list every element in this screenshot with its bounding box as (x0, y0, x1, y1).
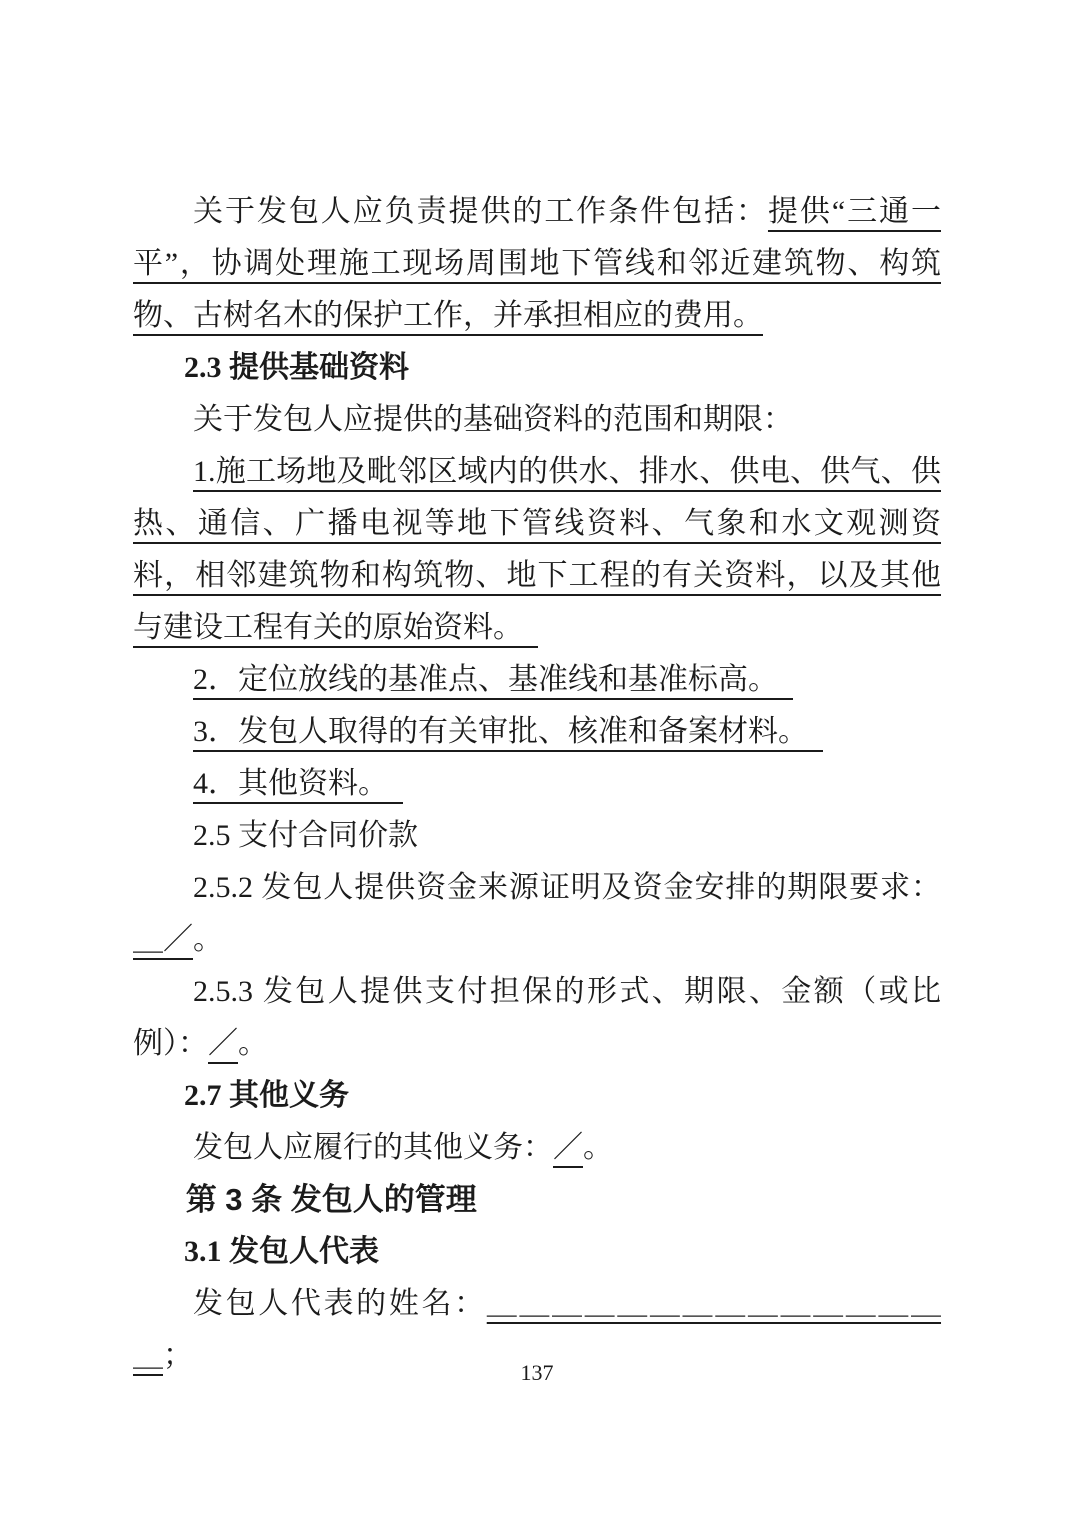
static-text: 发包人代表的姓名： (193, 1287, 487, 1320)
static-text: 。 (193, 923, 223, 956)
paragraph-2: 关于发包人应提供的基础资料的范围和期限： (133, 394, 941, 446)
underlined-fill-in-text: 3．发包人取得的有关审批、核准和备案材料。 (193, 715, 823, 748)
static-text: 2.5 支付合同价款 (193, 819, 418, 852)
static-text: 。 (238, 1027, 268, 1060)
paragraph-5: 3．发包人取得的有关审批、核准和备案材料。 (133, 706, 941, 758)
paragraph-13: 3.1 发包人代表 (133, 1226, 941, 1278)
static-text: 关于发包人应负责提供的工作条件包括： (193, 195, 768, 228)
paragraph-6: 4．其他资料。 (133, 758, 941, 810)
static-text: 关于发包人应提供的基础资料的范围和期限： (193, 403, 793, 436)
paragraph-0: 关于发包人应负责提供的工作条件包括：提供“三通一平”，协调处理施工现场周围地下管… (133, 186, 941, 342)
static-text: 。 (583, 1131, 613, 1164)
static-text: 第 3 条 发包人的管理 (186, 1182, 477, 1217)
paragraph-4: 2．定位放线的基准点、基准线和基准标高。 (133, 654, 941, 706)
underlined-fill-in-text: ／ (553, 1131, 583, 1164)
paragraph-12: 第 3 条 发包人的管理 (133, 1174, 941, 1226)
paragraph-3: 1.施工场地及毗邻区域内的供水、排水、供电、供气、供热、通信、广播电视等地下管线… (133, 446, 941, 654)
paragraph-11: 发包人应履行的其他义务：／。 (133, 1122, 941, 1174)
paragraph-8: 2.5.2 发包人提供资金来源证明及资金安排的期限要求：＿／。 (133, 862, 941, 966)
document-page: 关于发包人应负责提供的工作条件包括：提供“三通一平”，协调处理施工现场周围地下管… (0, 0, 1074, 1520)
underlined-fill-in-text: 4．其他资料。 (193, 767, 403, 800)
static-text: 2.7 其他义务 (184, 1079, 349, 1112)
document-body: 关于发包人应负责提供的工作条件包括：提供“三通一平”，协调处理施工现场周围地下管… (133, 186, 941, 1382)
paragraph-1: 2.3 提供基础资料 (133, 342, 941, 394)
paragraph-7: 2.5 支付合同价款 (133, 810, 941, 862)
paragraph-9: 2.5.3 发包人提供支付担保的形式、期限、金额（或比例）：／。 (133, 966, 941, 1070)
page-number: 137 (521, 1360, 554, 1385)
page-footer: 137 (0, 1358, 1074, 1388)
underlined-fill-in-text: ／ (208, 1027, 238, 1060)
static-text: 2.5.2 发包人提供资金来源证明及资金安排的期限要求： (193, 871, 941, 904)
static-text: 发包人应履行的其他义务： (193, 1131, 553, 1164)
underlined-fill-in-text: 2．定位放线的基准点、基准线和基准标高。 (193, 663, 793, 696)
static-text: 3.1 发包人代表 (184, 1235, 379, 1268)
underlined-fill-in-text: 1.施工场地及毗邻区域内的供水、排水、供电、供气、供热、通信、广播电视等地下管线… (133, 455, 941, 644)
underlined-fill-in-text: ＿／ (133, 923, 193, 956)
static-text: 2.3 提供基础资料 (184, 351, 409, 384)
paragraph-10: 2.7 其他义务 (133, 1070, 941, 1122)
